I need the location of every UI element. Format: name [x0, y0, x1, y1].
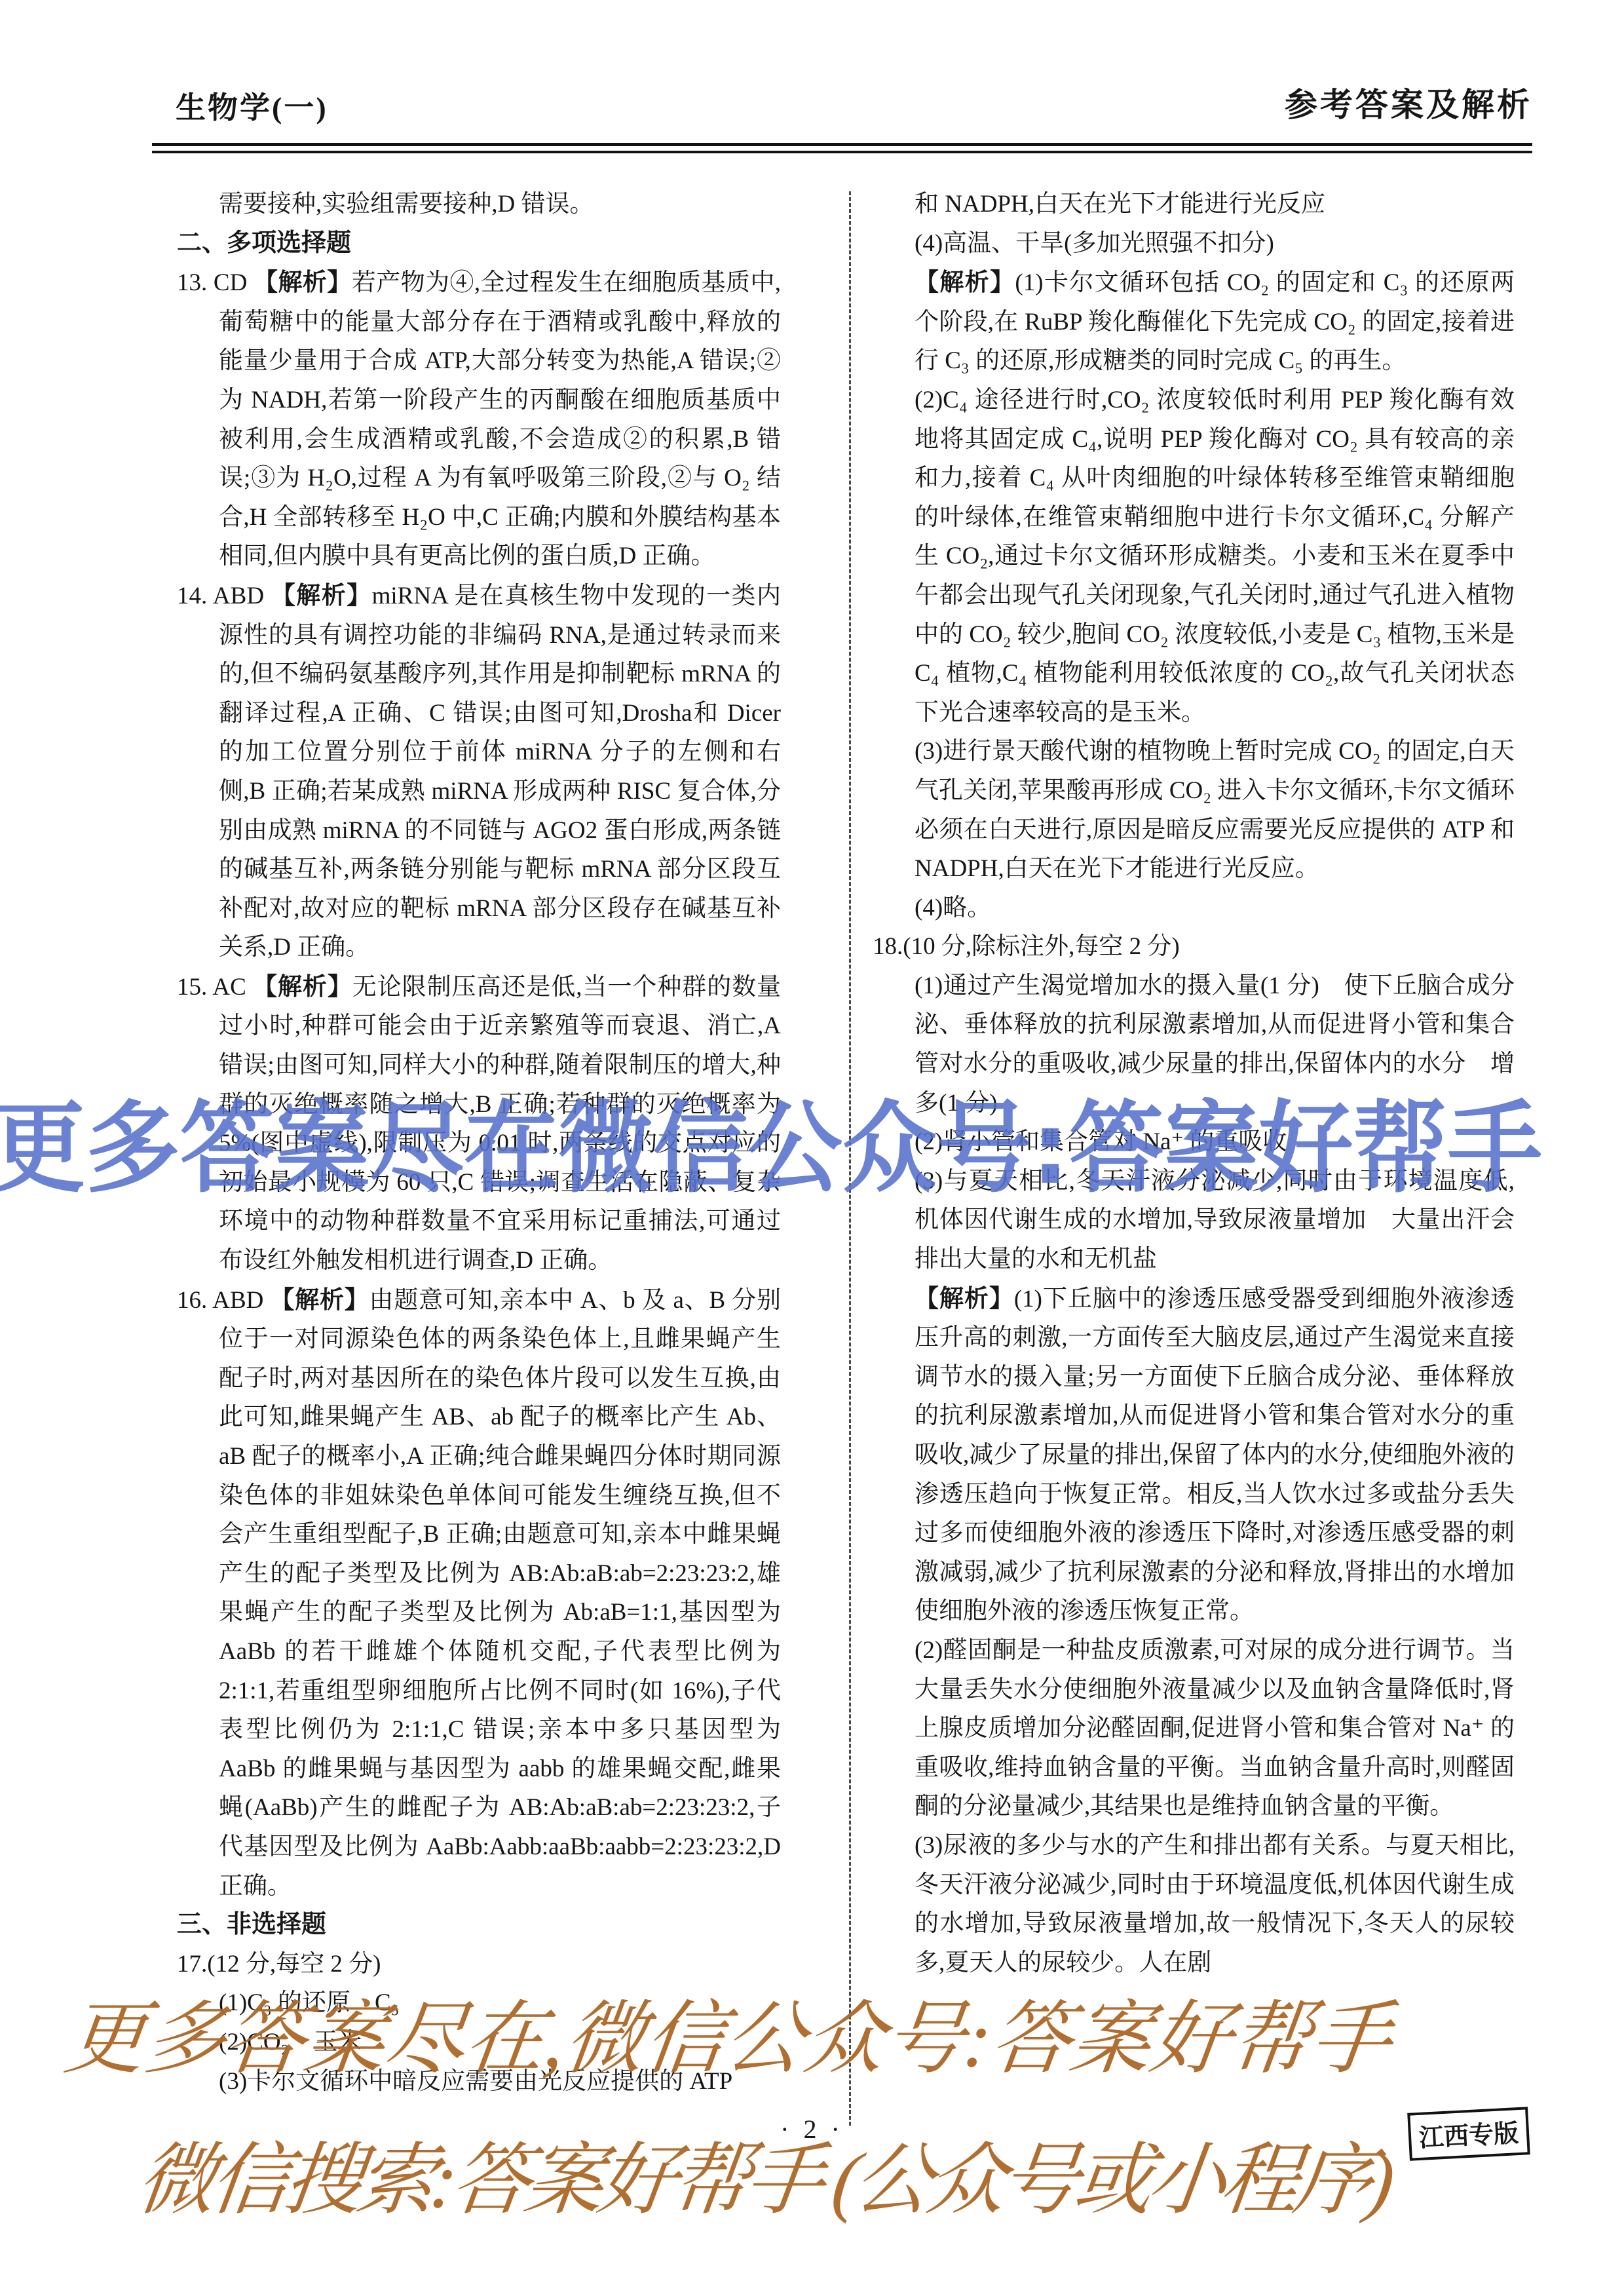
text-block: (3)尿液的多少与水的产生和排出都有关系。与夏天相比,冬天汗液分泌减少,同时由于… [915, 1826, 1515, 1982]
text-block: (3)卡尔文循环中暗反应需要由光反应提供的 ATP [219, 2062, 781, 2101]
text-block: (3)与夏天相比,冬天汗液分泌减少,同时由于环境温度低,机体因代谢生成的水增加,… [915, 1162, 1515, 1279]
subject-title: 生物学(一) [176, 84, 328, 127]
text-block: 【解析】(1)卡尔文循环包括 CO₂ 的固定和 C₃ 的还原两个阶段,在 RuB… [915, 263, 1515, 381]
text-block: (2)CO₂ 玉米 [219, 2023, 781, 2062]
edition-badge: 江西专版 [1407, 2107, 1530, 2161]
watermark-bottom-2: 微信搜索:答案好帮手 (公众号或小程序) [132, 2133, 1395, 2228]
right-column: 和 NADPH,白天在光下才能进行光反应(4)高温、干旱(多加光照强不扣分)【解… [873, 185, 1515, 1982]
text-block: 三、非选择题 [219, 1905, 781, 1945]
answer-sheet-page: 生物学(一) 参考答案及解析 需要接种,实验组需要接种,D 错误。二、多项选择题… [0, 0, 1624, 2296]
page-number: · 2 · [0, 2114, 1624, 2145]
text-block: 18.(10 分,除标注外,每空 2 分) [915, 927, 1515, 966]
text-block: 【解析】(1)下丘脑中的渗透压感受器受到细胞外液渗透压升高的刺激,一方面传至大脑… [915, 1279, 1515, 1631]
text-block: (1)C₃ 的还原 C₅ [219, 1983, 781, 2023]
header-rule [152, 143, 1532, 153]
text-block: 二、多项选择题 [219, 224, 781, 263]
text-block: (4)高温、干旱(多加光照强不扣分) [915, 224, 1515, 263]
text-block: (2)C₄ 途径进行时,CO₂ 浓度较低时利用 PEP 羧化酶有效地将其固定成 … [915, 381, 1515, 732]
text-block: 和 NADPH,白天在光下才能进行光反应 [915, 185, 1515, 224]
text-block: 14. ABD 【解析】miRNA 是在真核生物中发现的一类内源性的具有调控功能… [219, 576, 781, 967]
page-title: 参考答案及解析 [1285, 79, 1532, 126]
text-block: (3)进行景天酸代谢的植物晚上暂时完成 CO₂ 的固定,白天气孔关闭,苹果酸再形… [915, 732, 1515, 888]
text-block: 16. ABD 【解析】由题意可知,亲本中 A、b 及 a、B 分别位于一对同源… [219, 1280, 781, 1906]
text-block: (4)略。 [915, 889, 1515, 928]
column-separator [849, 191, 851, 2126]
text-block: 17.(12 分,每空 2 分) [219, 1945, 781, 1984]
text-block: (2)肾小管和集合管对 Na⁺ 的重吸收 [915, 1122, 1515, 1162]
text-block: (2)醛固酮是一种盐皮质激素,可对尿的成分进行调节。当大量丢失水分使细胞外液量减… [915, 1631, 1515, 1826]
text-block: 需要接种,实验组需要接种,D 错误。 [219, 185, 781, 224]
text-block: 15. AC 【解析】无论限制压高还是低,当一个种群的数量过小时,种群可能会由于… [219, 967, 781, 1280]
text-block: 13. CD 【解析】若产物为④,全过程发生在细胞质基质中,葡萄糖中的能量大部分… [219, 263, 781, 576]
left-column: 需要接种,实验组需要接种,D 错误。二、多项选择题13. CD 【解析】若产物为… [177, 185, 781, 2101]
text-block: (1)通过产生渴觉增加水的摄入量(1 分) 使下丘脑合成分泌、垂体释放的抗利尿激… [915, 966, 1515, 1122]
